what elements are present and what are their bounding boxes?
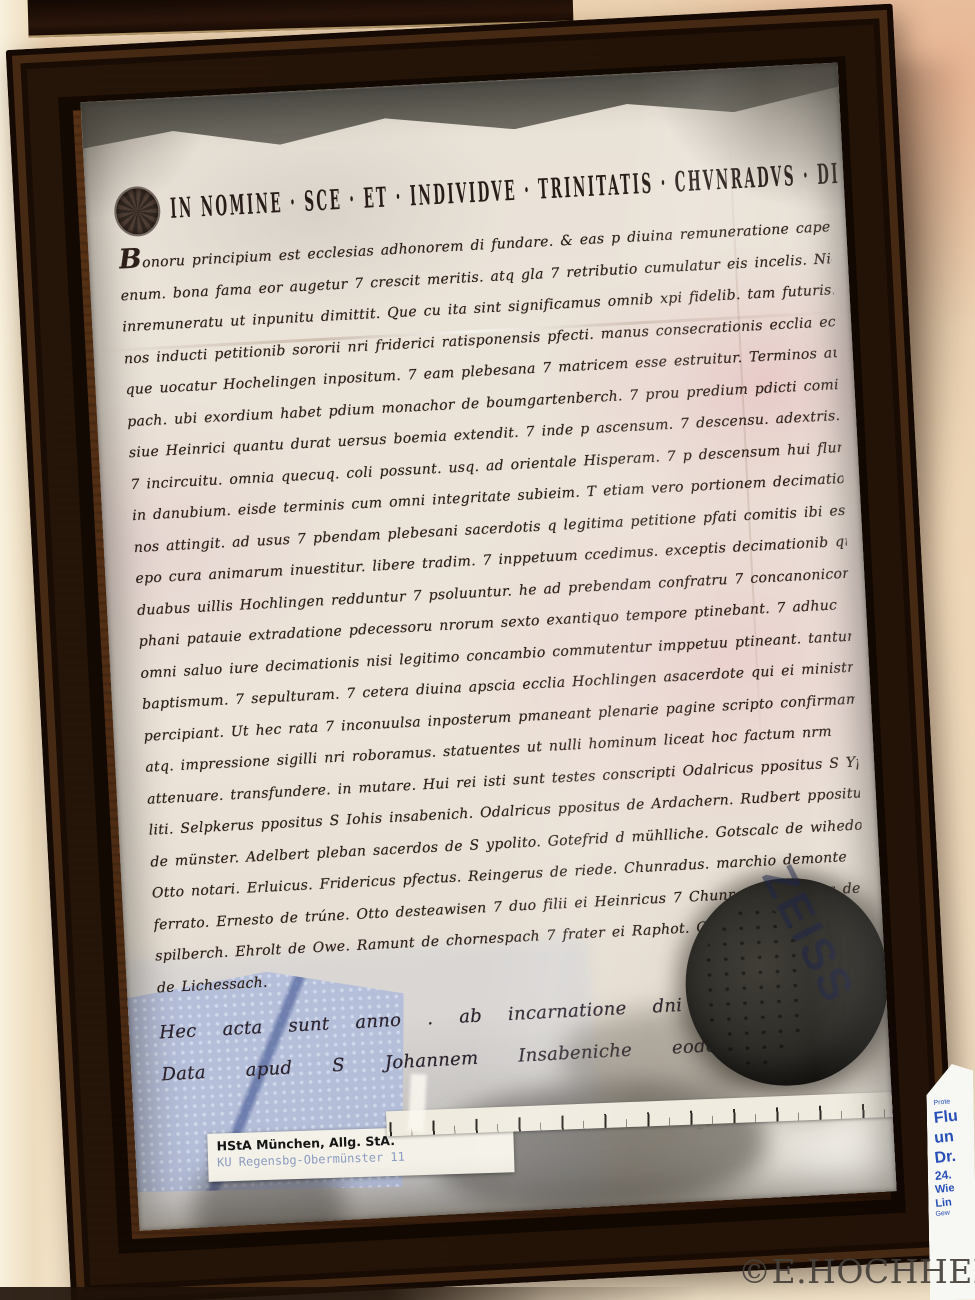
glass-glare xyxy=(408,1074,427,1133)
bottom-shadow xyxy=(0,1287,702,1300)
copyright-watermark: ©E.HOCHHER xyxy=(738,1252,975,1291)
scene: IN NOMINE · SCE · ET · INDIVIDVE · TRINI… xyxy=(0,0,975,1300)
chrismon-icon xyxy=(115,187,159,235)
charter-photograph: IN NOMINE · SCE · ET · INDIVIDVE · TRINI… xyxy=(81,63,897,1231)
picture-frame: IN NOMINE · SCE · ET · INDIVIDVE · TRINI… xyxy=(6,4,959,1300)
